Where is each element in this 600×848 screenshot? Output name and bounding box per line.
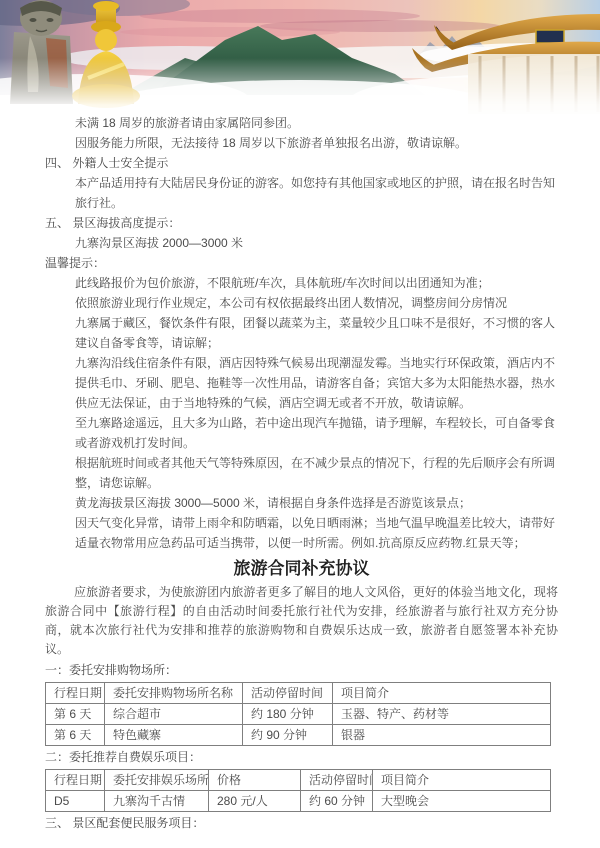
section-4-items: 本产品适用持有大陆居民身份证的游客。如您持有其他国家或地区的护照，请在报名时告知… — [45, 173, 558, 213]
notice-line: 本产品适用持有大陆居民身份证的游客。如您持有其他国家或地区的护照，请在报名时告知… — [75, 173, 558, 213]
shopping-heading: 一：委托安排购物场所： — [45, 662, 558, 679]
table-cell: 玉器、特产、药材等 — [333, 704, 551, 725]
table-cell: 价格 — [209, 770, 301, 791]
tips-heading: 温馨提示： — [45, 253, 558, 273]
table-cell: 行程日期 — [46, 683, 105, 704]
travel-contract-page: 未满 18 周岁的旅游者请由家属陪同参团。因服务能力所限，无法接待 18 周岁以… — [0, 0, 600, 848]
table-cell: 九寨沟千古情 — [105, 791, 209, 812]
tip-line: 九寨属于藏区，餐饮条件有限，团餐以蔬菜为主，菜量较少且口味不是很好，不习惯的客人… — [75, 313, 558, 353]
table-row: 第 6 天特色藏寨约 90 分钟银器 — [46, 725, 551, 746]
table-cell: 约 90 分钟 — [243, 725, 333, 746]
table-cell: 行程日期 — [46, 770, 105, 791]
services-heading: 三、 景区配套便民服务项目： — [45, 815, 558, 832]
table-row: D5九寨沟千古情280 元/人约 60 分钟大型晚会 — [46, 791, 551, 812]
table-cell: 约 60 分钟 — [301, 791, 373, 812]
table-row: 第 6 天综合超市约 180 分钟玉器、特产、药材等 — [46, 704, 551, 725]
stone-buddha-eye — [47, 18, 54, 22]
tips-list: 此线路报价为包价旅游，不限航班/车次，具体航班/车次时间以出团通知为准；依照旅游… — [45, 273, 558, 553]
table-cell: 第 6 天 — [46, 704, 105, 725]
intro-notice-list: 未满 18 周岁的旅游者请由家属陪同参团。因服务能力所限，无法接待 18 周岁以… — [45, 113, 558, 153]
table-cell: 项目简介 — [333, 683, 551, 704]
table-cell: 项目简介 — [373, 770, 551, 791]
agreement-intro: 应旅游者要求，为使旅游团内旅游者更多了解目的地人文风俗，更好的体验当地文化，现将… — [45, 583, 558, 659]
section-5-items: 九寨沟景区海拔 2000—3000 米 — [45, 233, 558, 253]
stone-buddha-eye — [30, 18, 37, 22]
tip-line: 九寨沟沿线住宿条件有限，酒店因特殊气候易出现潮湿发霉。当地实行环保政策，酒店内不… — [75, 353, 558, 413]
table-cell: D5 — [46, 791, 105, 812]
table-cell: 大型晚会 — [373, 791, 551, 812]
table-header-row: 行程日期委托安排娱乐场所名称价格活动停留时间项目简介 — [46, 770, 551, 791]
table-cell: 280 元/人 — [209, 791, 301, 812]
section-heading-4: 四、 外籍人士安全提示 — [45, 153, 558, 173]
header-photo-graphic — [0, 0, 600, 120]
shopping-table: 行程日期委托安排购物场所名称活动停留时间项目简介第 6 天综合超市约 180 分… — [45, 682, 551, 746]
table-cell: 第 6 天 — [46, 725, 105, 746]
table-cell: 委托安排娱乐场所名称 — [105, 770, 209, 791]
table-cell: 活动停留时间 — [243, 683, 333, 704]
section-heading-5: 五、 景区海拔高度提示： — [45, 213, 558, 233]
table-header-row: 行程日期委托安排购物场所名称活动停留时间项目简介 — [46, 683, 551, 704]
table-cell: 约 180 分钟 — [243, 704, 333, 725]
agreement-title: 旅游合同补充协议 — [45, 558, 558, 580]
document-content: 未满 18 周岁的旅游者请由家属陪同参团。因服务能力所限，无法接待 18 周岁以… — [45, 113, 558, 832]
table-cell: 特色藏寨 — [105, 725, 243, 746]
temple-plaque — [536, 30, 564, 43]
notice-line: 九寨沟景区海拔 2000—3000 米 — [75, 233, 558, 253]
notice-line: 未满 18 周岁的旅游者请由家属陪同参团。 — [75, 113, 558, 133]
table-cell: 综合超市 — [105, 704, 243, 725]
header-photo — [0, 0, 600, 120]
table-cell: 银器 — [333, 725, 551, 746]
tip-line: 因天气变化异常，请带上雨伞和防晒霜，以免日晒雨淋；当地气温早晚温差比较大，请带好… — [75, 513, 558, 553]
tip-line: 此线路报价为包价旅游，不限航班/车次，具体航班/车次时间以出团通知为准； — [75, 273, 558, 293]
entertainment-heading: 二：委托推荐自费娱乐项目： — [45, 749, 558, 766]
buddha-face — [95, 29, 117, 51]
tip-line: 根据航班时间或者其他天气等特殊原因，在不减少景点的情况下，行程的先后顺序会有所调… — [75, 453, 558, 493]
table-cell: 委托安排购物场所名称 — [105, 683, 243, 704]
bottom-fade — [0, 58, 600, 120]
notice-line: 因服务能力所限，无法接待 18 周岁以下旅游者单独报名出游，敬请谅解。 — [75, 133, 558, 153]
table-cell: 活动停留时间 — [301, 770, 373, 791]
tip-line: 至九寨路途遥远，且大多为山路，若中途出现汽车抛锚，请予理解，车程较长，可自备零食… — [75, 413, 558, 453]
tip-line: 依照旅游业现行作业规定，本公司有权依据最终出团人数情况，调整房间分房情况 — [75, 293, 558, 313]
tip-line: 黄龙海拔景区海拔 3000—5000 米，请根据自身条件选择是否游览该景点； — [75, 493, 558, 513]
buddha-crown-top — [93, 1, 119, 11]
entertainment-table: 行程日期委托安排娱乐场所名称价格活动停留时间项目简介D5九寨沟千古情280 元/… — [45, 769, 551, 812]
